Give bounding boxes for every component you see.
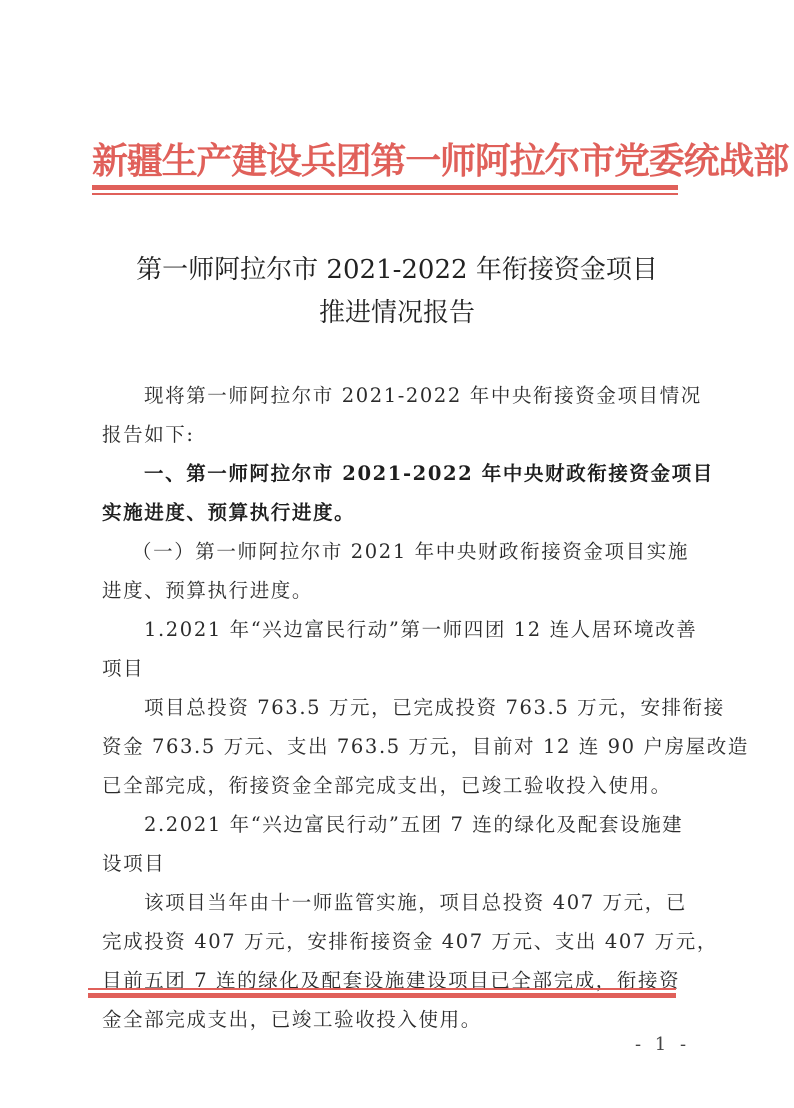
- item-title-line: 2.2021 年“兴边富民行动”五团 7 连的绿化及配套设施建: [102, 805, 682, 844]
- item-body-line: 该项目当年由十一师监管实施，项目总投资 407 万元，已: [102, 883, 682, 922]
- document-title-line2: 推进情况报告: [100, 295, 694, 331]
- subsection1-heading: （一）第一师阿拉尔市 2021 年中央财政衔接资金项目实施 进度、预算执行进度。: [102, 532, 682, 610]
- item-body-line: 金全部完成支出，已竣工验收投入使用。: [102, 1000, 682, 1039]
- item-title-line: 项目: [102, 649, 682, 688]
- item-body-line: 资金 763.5 万元、支出 763.5 万元，目前对 12 连 90 户房屋改…: [102, 727, 682, 766]
- subsection-heading-line: （一）第一师阿拉尔市 2021 年中央财政衔接资金项目实施: [102, 532, 682, 571]
- document-title-line1: 第一师阿拉尔市 2021-2022 年衔接资金项目: [100, 252, 694, 288]
- item-body-line: 已全部完成，衔接资金全部完成支出，已竣工验收投入使用。: [102, 766, 682, 805]
- intro-line: 报告如下:: [102, 415, 682, 454]
- masthead-rule-thick: [92, 185, 678, 190]
- section-heading-line: 一、第一师阿拉尔市 2021-2022 年中央财政衔接资金项目: [102, 454, 682, 493]
- item-title-line: 设项目: [102, 844, 682, 883]
- item1-title: 1.2021 年“兴边富民行动”第一师四团 12 连人居环境改善 项目: [102, 610, 682, 688]
- subsection-heading-line: 进度、预算执行进度。: [102, 571, 682, 610]
- masthead-rule-thin: [92, 193, 678, 195]
- page-number: - 1 -: [635, 1034, 690, 1055]
- footer-rule-thick: [88, 993, 676, 998]
- masthead-organization: 新疆生产建设兵团第一师阿拉尔市党委统战部: [92, 138, 682, 184]
- intro-paragraph: 现将第一师阿拉尔市 2021-2022 年中央衔接资金项目情况 报告如下:: [102, 376, 682, 454]
- item2-title: 2.2021 年“兴边富民行动”五团 7 连的绿化及配套设施建 设项目: [102, 805, 682, 883]
- item-title-line: 1.2021 年“兴边富民行动”第一师四团 12 连人居环境改善: [102, 610, 682, 649]
- footer-rule-thin: [88, 988, 676, 990]
- intro-line: 现将第一师阿拉尔市 2021-2022 年中央衔接资金项目情况: [102, 376, 682, 415]
- item-body-line: 项目总投资 763.5 万元，已完成投资 763.5 万元，安排衔接: [102, 688, 682, 727]
- item2-body: 该项目当年由十一师监管实施，项目总投资 407 万元，已 完成投资 407 万元…: [102, 883, 682, 1039]
- item1-body: 项目总投资 763.5 万元，已完成投资 763.5 万元，安排衔接 资金 76…: [102, 688, 682, 805]
- item-body-line: 完成投资 407 万元，安排衔接资金 407 万元、支出 407 万元，: [102, 922, 682, 961]
- section-heading-line: 实施进度、预算执行进度。: [102, 493, 682, 532]
- section1-heading: 一、第一师阿拉尔市 2021-2022 年中央财政衔接资金项目 实施进度、预算执…: [102, 454, 682, 532]
